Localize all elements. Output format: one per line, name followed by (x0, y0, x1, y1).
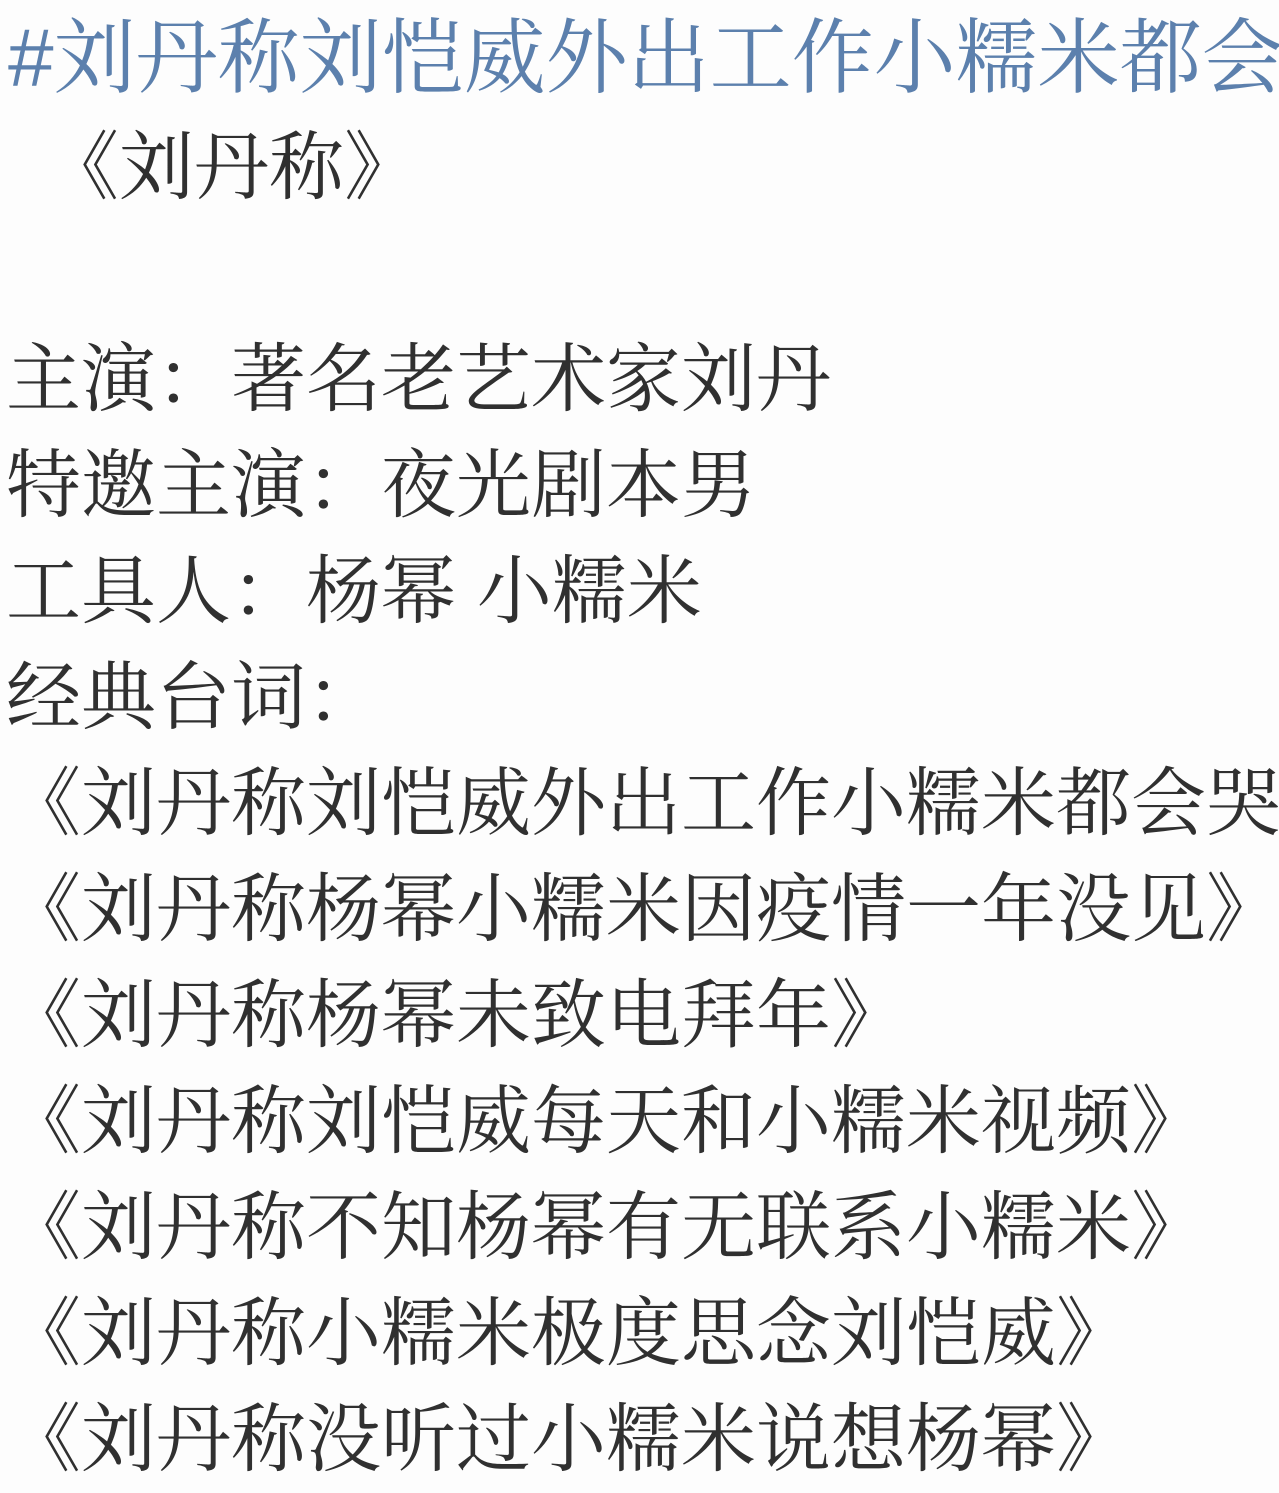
credit-label: 工具人： (6, 549, 306, 633)
quote-line: 《刘丹称杨幂未致电拜年》 (0, 962, 1279, 1068)
post-text-body: #刘丹称刘恺威外出工作小糯米都会哭 《刘丹称》 主演：著名老艺术家刘丹 特邀主演… (0, 0, 1279, 1493)
quote-line: 《刘丹称刘恺威外出工作小糯米都会哭 (0, 750, 1279, 856)
hashtag-topic-link[interactable]: #刘丹称刘恺威外出工作小糯米都会哭 (0, 4, 1279, 114)
post-headline: 《刘丹称》 (0, 114, 1279, 220)
credit-label: 特邀主演： (6, 443, 381, 527)
credit-value: 夜光剧本男 (381, 443, 756, 527)
credit-value: 杨幂 小糯米 (306, 549, 702, 633)
quote-line: 《刘丹称刘恺威每天和小糯米视频》 (0, 1068, 1279, 1174)
quote-line: 《刘丹称不知杨幂有无联系小糯米》 (0, 1174, 1279, 1280)
quote-line: 《刘丹称杨幂小糯米因疫情一年没见》 (0, 856, 1279, 962)
credit-row-tool-person: 工具人：杨幂 小糯米 (0, 538, 1279, 644)
blank-line (0, 220, 1279, 326)
credit-row-special-guest: 特邀主演：夜光剧本男 (0, 432, 1279, 538)
quote-line: 《刘丹称没听过小糯米说想杨幂》 (0, 1386, 1279, 1492)
credit-value: 著名老艺术家刘丹 (231, 337, 831, 421)
quote-line: 《刘丹称小糯米极度思念刘恺威》 (0, 1280, 1279, 1386)
credit-row-starring: 主演：著名老艺术家刘丹 (0, 326, 1279, 432)
quotes-heading: 经典台词： (0, 644, 1279, 750)
credit-label: 主演： (6, 337, 231, 421)
